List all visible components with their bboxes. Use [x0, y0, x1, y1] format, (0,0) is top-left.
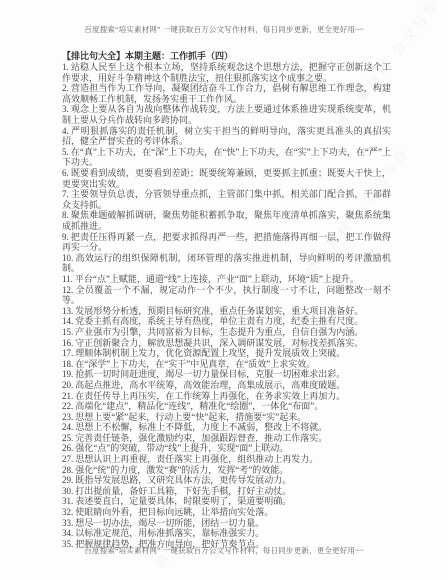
- footer-promo-note: 百度搜索“培实素材网” 一键获取百万公文写作材料，每日同步更新，更全更好用~~: [0, 545, 448, 556]
- item-number: 17.: [62, 348, 73, 358]
- item-number: 16.: [62, 338, 73, 348]
- list-item: 2.营造担当作为工作导向，凝聚团结奋斗工作合力，倡树有解思维工作理念，构建高效顺…: [62, 83, 391, 104]
- item-number: 2.: [62, 83, 69, 93]
- list-item: 32.使眼睛向外看，把目标向远眺，让举措向实处落。: [62, 507, 391, 518]
- list-item: 24.思想上不松懈，标准上不降低，力度上不减弱，整改上不将就。: [62, 422, 391, 433]
- item-text: 产业强市为引擎，共同富裕为目标，生态提升为重点，自信自强为内涵。: [75, 327, 363, 337]
- item-number: 4.: [62, 126, 69, 136]
- list-item: 26.强化“点”的突破，带动“线”上提升，实现“面”上联动。: [62, 443, 391, 454]
- item-text: 既要看到成绩，更要看到差距；既要统筹兼顾，更要抓主抓重；既要大干快上，更要突出实…: [62, 168, 391, 189]
- item-text: 强化“点”的突破，带动“线”上提升，实现“面”上联动。: [75, 443, 288, 453]
- list-item: 8.聚焦难题破解抓调研，聚焦势能积蓄抓争取，聚焦年度清单抓落实，聚焦系统集成抓推…: [62, 210, 391, 231]
- list-item: 3.观念上要从各自为战向整体作战转变，方法上要通过体系推进实现系统变革，机制上要…: [62, 104, 391, 125]
- list-item: 5.在“真”上下功夫，在“深”上下功夫，在“快”上下功夫，在“实”上下功夫，在“…: [62, 147, 391, 168]
- list-item: 31.表述要直白，定量要具体，时限要明了，渠道要明确。: [62, 496, 391, 507]
- item-number: 1.: [62, 62, 69, 72]
- list-item: 12.全员覆盖一个不漏，规定动作一个不少，执行制度一寸不让，问题整改一刻不等。: [62, 285, 391, 306]
- list-item: 30.打出提前量，备好工具箱，下好先手棋，打好主动仗。: [62, 486, 391, 497]
- item-text: 思想上不松懈，标准上不降低，力度上不减弱，整改上不将就。: [75, 422, 327, 432]
- item-text: 平台“点”上赋能，通道“线”上连接，产业“面”上联动，环境“质”上提升。: [75, 274, 359, 284]
- item-text: 守正创新聚合力，解放思想凝共识，深入调研谋发展，对标找差抓落实。: [75, 338, 363, 348]
- item-text: 想尽一切办法，竭尽一切所能，团结一切力量。: [75, 518, 264, 528]
- list-item: 34.以标准定规范，用标准抓落实，靠标准强实力。: [62, 528, 391, 539]
- item-number: 3.: [62, 104, 69, 114]
- item-number: 14.: [62, 316, 73, 326]
- item-number: 26.: [62, 443, 73, 453]
- item-number: 34.: [62, 528, 73, 538]
- item-number: 21.: [62, 391, 73, 401]
- item-text: 站稳人民至上这个根本立场，坚持系统观念这个思想方法，把握守正创新这个工作要求，用…: [62, 62, 391, 83]
- list-item: 10.高效运行的组织保障机制，闭环管理的落实推进机制，导向鲜明的考评激励机制。: [62, 253, 391, 274]
- item-text: 抢抓一切时间赶进度，竭尽一切力量保目标，克服一切困难求出彩。: [75, 369, 345, 379]
- list-item: 9.把责任压得再紧一点，把要求抓得再严一些，把措施落得再细一层，把工作做得再实一…: [62, 232, 391, 253]
- item-number: 6.: [62, 168, 69, 178]
- item-text: 既指导发展思路，又研究具体方法，更传导发展动力。: [75, 475, 291, 485]
- item-number: 33.: [62, 518, 73, 528]
- item-number: 7.: [62, 189, 69, 199]
- list-item: 4.严明狠抓落实的责任机制，树立实干担当的鲜明导向，落实更具准头的真招实招，健全…: [62, 126, 391, 147]
- document-body: 【排比句大全】本期主题：工作抓手（四） 1.站稳人民至上这个根本立场，坚持系统观…: [62, 51, 391, 549]
- list-item: 25.完善责任链条，强化激励约束，加强跟踪督查，推动工作落实。: [62, 433, 391, 444]
- item-text: 完善责任链条，强化激励约束，加强跟踪督查，推动工作落实。: [75, 433, 327, 443]
- item-text: 发展形势分析透，预期目标研究准，重点任务谋划实，重大项目准备好。: [75, 306, 363, 316]
- item-text: 主要领导负总责，分管领导重点抓，主管部门集中抓，相关部门配合抓，干部群众支持抓。: [62, 189, 391, 210]
- item-text: 打出提前量，备好工具箱，下好先手棋，打好主动仗。: [75, 486, 291, 496]
- list-item: 14.党委主抓有高度，系统主导有热度，单位主责有力度，纪委主推有尺度。: [62, 316, 391, 327]
- item-number: 10.: [62, 253, 73, 263]
- item-number: 31.: [62, 496, 73, 506]
- header-promo-note: 百度搜索“培实素材网” 一键获取百万公文写作材料，每日同步更新，更全更好用~~: [0, 24, 448, 35]
- item-number: 23.: [62, 412, 73, 422]
- list-item: 27.思想认识上再重视，责任落实上再强化，组织推动上再发力。: [62, 454, 391, 465]
- item-number: 30.: [62, 486, 73, 496]
- item-text: 在“真”上下功夫，在“深”上下功夫，在“快”上下功夫，在“实”上下功夫，在“严”…: [62, 147, 391, 168]
- item-text: 强化“统”的力度，激发“赛”的活力，发挥“考”的效能。: [75, 465, 288, 475]
- document-page: 百度搜索“培实素材网” 一键获取百万公文写作材料，每日同步更新，更全更好用~~ …: [0, 0, 448, 580]
- item-text: 把责任压得再紧一点，把要求抓得再严一些，把措施落得再细一层，把工作做得再实一分。: [62, 232, 391, 253]
- list-item: 7.主要领导负总责，分管领导重点抓，主管部门集中抓，相关部门配合抓，干部群众支持…: [62, 189, 391, 210]
- item-number: 8.: [62, 210, 69, 220]
- item-number: 20.: [62, 380, 73, 390]
- list-item: 15.产业强市为引擎，共同富裕为目标，生态提升为重点，自信自强为内涵。: [62, 327, 391, 338]
- item-number: 24.: [62, 422, 73, 432]
- item-text: 思想认识上再重视，责任落实上再强化，组织推动上再发力。: [75, 454, 318, 464]
- list-item: 11.平台“点”上赋能，通道“线”上连接，产业“面”上联动，环境“质”上提升。: [62, 274, 391, 285]
- item-number: 5.: [62, 147, 69, 157]
- item-number: 28.: [62, 465, 73, 475]
- item-number: 19.: [62, 369, 73, 379]
- item-text: 高端化“建点”，精品化“连线”，精准化“绘圈”，一体化“布面”。: [75, 401, 323, 411]
- list-item: 16.守正创新聚合力，解放思想凝共识，深入调研谋发展，对标找差抓落实。: [62, 338, 391, 349]
- list-item: 6.既要看到成绩，更要看到差距；既要统筹兼顾，更要抓主抓重；既要大干快上，更要突…: [62, 168, 391, 189]
- item-number: 25.: [62, 433, 73, 443]
- item-text: 在“深学”上下功夫，在“实干”中见真章，在“质效”上求实效。: [75, 359, 315, 369]
- item-text: 表述要直白，定量要具体，时限要明了，渠道要明确。: [75, 496, 291, 506]
- item-number: 27.: [62, 454, 73, 464]
- list-item: 33.想尽一切办法，竭尽一切所能，团结一切力量。: [62, 518, 391, 529]
- item-number: 29.: [62, 475, 73, 485]
- list-item: 18.在“深学”上下功夫，在“实干”中见真章，在“质效”上求实效。: [62, 359, 391, 370]
- item-text: 营造担当作为工作导向，凝聚团结奋斗工作合力，倡树有解思维工作理念，构建高效顺畅工…: [62, 83, 391, 104]
- list-item: 20.高起点推进，高水平统筹，高效能治理，高集成展示，高难度破题。: [62, 380, 391, 391]
- item-text: 严明狠抓落实的责任机制，树立实干担当的鲜明导向，落实更具准头的真招实招，健全严督…: [62, 126, 391, 147]
- item-text: 全员覆盖一个不漏，规定动作一个不少，执行制度一寸不让，问题整改一刻不等。: [62, 285, 391, 306]
- list-item: 23.思想上要“紧”起来，行动上要“快”起来，措施要“实”起来。: [62, 412, 391, 423]
- item-number: 13.: [62, 306, 73, 316]
- item-number: 15.: [62, 327, 73, 337]
- item-number: 11.: [62, 274, 73, 284]
- item-number: 12.: [62, 285, 73, 295]
- list-item: 22.高端化“建点”，精品化“连线”，精准化“绘圈”，一体化“布面”。: [62, 401, 391, 412]
- item-number: 32.: [62, 507, 73, 517]
- item-number: 18.: [62, 359, 73, 369]
- document-title: 【排比句大全】本期主题：工作抓手（四）: [62, 51, 391, 62]
- list-item: 1.站稳人民至上这个根本立场，坚持系统观念这个思想方法，把握守正创新这个工作要求…: [62, 62, 391, 83]
- item-text: 观念上要从各自为战向整体作战转变，方法上要通过体系推进实现系统变革，机制上要从分…: [62, 104, 391, 125]
- list-item: 13.发展形势分析透，预期目标研究准，重点任务谋划实，重大项目准备好。: [62, 306, 391, 317]
- item-number: 22.: [62, 401, 73, 411]
- list-item: 28.强化“统”的力度，激发“赛”的活力，发挥“考”的效能。: [62, 465, 391, 476]
- item-text: 在责任传导上再压实，在工作统筹上再强化，在务求实效上再加力。: [75, 391, 345, 401]
- item-text: 理顺体制机制上发力，优化资源配置上攻坚，提升发展质效上突破。: [75, 348, 345, 358]
- list-item: 17.理顺体制机制上发力，优化资源配置上攻坚，提升发展质效上突破。: [62, 348, 391, 359]
- item-number: 9.: [62, 232, 69, 242]
- item-text: 使眼睛向外看，把目标向远眺，让举措向实处落。: [75, 507, 273, 517]
- list-item: 21.在责任传导上再压实，在工作统筹上再强化，在务求实效上再加力。: [62, 391, 391, 402]
- item-text: 党委主抓有高度，系统主导有热度，单位主责有力度，纪委主推有尺度。: [75, 316, 363, 326]
- item-text: 高起点推进，高水平统筹，高效能治理，高集成展示，高难度破题。: [75, 380, 345, 390]
- item-text: 以标准定规范，用标准抓落实，靠标准强实力。: [75, 528, 264, 538]
- list-item: 29.既指导发展思路，又研究具体方法，更传导发展动力。: [62, 475, 391, 486]
- item-text: 高效运行的组织保障机制，闭环管理的落实推进机制，导向鲜明的考评激励机制。: [62, 253, 391, 274]
- list-item: 19.抢抓一切时间赶进度，竭尽一切力量保目标，克服一切困难求出彩。: [62, 369, 391, 380]
- item-text: 聚焦难题破解抓调研，聚焦势能积蓄抓争取，聚焦年度清单抓落实，聚焦系统集成抓推进。: [62, 210, 391, 231]
- paragraph-list: 1.站稳人民至上这个根本立场，坚持系统观念这个思想方法，把握守正创新这个工作要求…: [62, 62, 391, 549]
- item-text: 思想上要“紧”起来，行动上要“快”起来，措施要“实”起来。: [75, 412, 306, 422]
